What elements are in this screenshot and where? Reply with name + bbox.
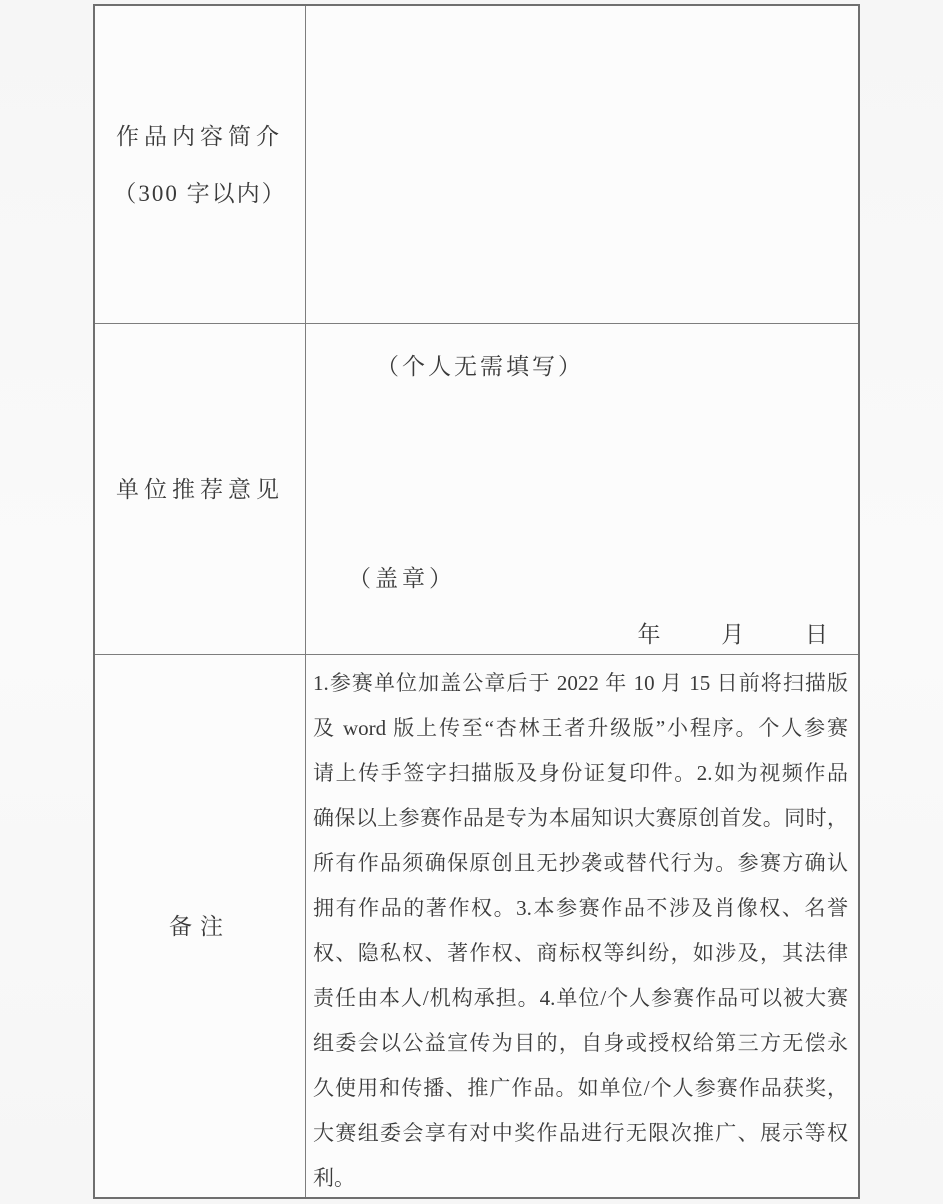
remark-line: 久使用和传播、推广作品。如单位/个人参赛作品获奖，: [313, 1066, 848, 1111]
remarks-label-cell: 备注: [95, 655, 306, 1197]
intro-content-cell: [306, 6, 858, 324]
remarks-label: 备注: [169, 898, 231, 955]
intro-label-cell: 作品内容简介 （300 字以内）: [95, 6, 306, 324]
remark-line: 拥有作品的著作权。3.本参赛作品不涉及肖像权、名誉: [313, 886, 848, 931]
date-year-label: 年: [638, 616, 661, 649]
stamp-hint: （盖章）: [348, 560, 456, 593]
remark-line: 大赛组委会享有对中奖作品进行无限次推广、展示等权: [313, 1111, 848, 1156]
remark-line: 组委会以公益宣传为目的，自身或授权给第三方无偿永: [313, 1021, 848, 1066]
individual-no-fill-hint: （个人无需填写）: [376, 348, 584, 381]
remark-line: 确保以上参赛作品是专为本届知识大赛原创首发。同时，: [313, 796, 848, 841]
recommendation-label-cell: 单位推荐意见: [95, 324, 306, 655]
intro-label-line2: （300 字以内）: [113, 165, 286, 222]
remarks-content-cell: 1.参赛单位加盖公章后于 2022 年 10 月 15 日前将扫描版 及 wor…: [306, 655, 858, 1197]
scanned-form-page: 作品内容简介 （300 字以内） 单位推荐意见 （个人无需填写） （盖章） 年 …: [0, 0, 943, 1204]
remark-line: 及 word 版上传至“杏林王者升级版”小程序。个人参赛: [313, 706, 848, 751]
date-month-label: 月: [721, 616, 744, 649]
remark-line: 所有作品须确保原创且无抄袭或替代行为。参赛方确认: [313, 841, 848, 886]
date-line: 年 月 日: [638, 616, 829, 649]
intro-label-line1: 作品内容简介: [116, 108, 284, 165]
entry-form-table: 作品内容简介 （300 字以内） 单位推荐意见 （个人无需填写） （盖章） 年 …: [93, 4, 860, 1199]
recommendation-content-cell: （个人无需填写） （盖章） 年 月 日: [306, 324, 858, 655]
remark-line: 责任由本人/机构承担。4.单位/个人参赛作品可以被大赛: [313, 976, 848, 1021]
remark-line: 权、隐私权、著作权、商标权等纠纷，如涉及，其法律: [313, 931, 848, 976]
recommendation-label: 单位推荐意见: [116, 461, 284, 518]
remark-line: 利。: [313, 1156, 848, 1197]
remark-line: 请上传手签字扫描版及身份证复印件。2.如为视频作品: [313, 751, 848, 796]
remark-line: 1.参赛单位加盖公章后于 2022 年 10 月 15 日前将扫描版: [313, 661, 848, 706]
date-day-label: 日: [805, 616, 828, 649]
